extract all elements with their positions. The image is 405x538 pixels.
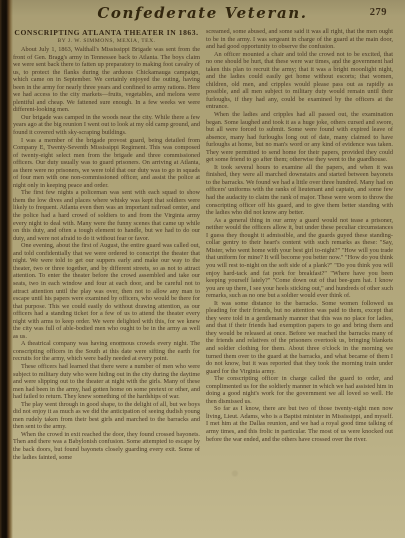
page-number: 279 bbox=[370, 7, 387, 18]
article-paragraph: A theatrical company was having enormous… bbox=[13, 340, 200, 363]
article-paragraph-continuation: screamed, some abused, and some said it … bbox=[206, 28, 393, 51]
article-paragraph: These officers had learned that there we… bbox=[13, 363, 200, 401]
article-paragraph: It took several hours to examine all the… bbox=[206, 164, 393, 217]
magazine-page: Confederate Veteran. 279 CONSCRIPTING AT… bbox=[0, 0, 405, 538]
magazine-masthead: Confederate Veteran. bbox=[0, 4, 405, 22]
article-paragraph: The first few nights a policeman was sen… bbox=[13, 189, 200, 242]
article-paragraph: One evening, about the first of August, … bbox=[13, 242, 200, 340]
right-column: screamed, some abused, and some said it … bbox=[206, 28, 393, 443]
article-paragraph: As a general thing in our army a guard w… bbox=[206, 217, 393, 300]
article-paragraph: When the crowd in exit reached the door,… bbox=[13, 431, 200, 461]
article-paragraph: About July 1, 1863, Walthall's Mississip… bbox=[13, 46, 200, 114]
article-paragraph: An officer mounted a chair and told the … bbox=[206, 51, 393, 111]
article-title: CONSCRIPTING ATLANTA THEATER IN 1863. bbox=[13, 28, 200, 37]
article-paragraph: The play went through in good shape, to … bbox=[13, 401, 200, 431]
article-byline: BY J. W. SIMMONS, MEXIA, TEX. bbox=[13, 38, 200, 44]
article-paragraph: So far as I know, there are but two of t… bbox=[206, 405, 393, 443]
article-paragraph: It was some distance to the barracks. So… bbox=[206, 300, 393, 375]
left-column: CONSCRIPTING ATLANTA THEATER IN 1863. BY… bbox=[13, 28, 200, 461]
article-paragraph: When the ladies and cripples had all pas… bbox=[206, 111, 393, 164]
article-paragraph: I was a member of the brigade provost gu… bbox=[13, 137, 200, 190]
article-paragraph: Our brigade was camped in the woods near… bbox=[13, 114, 200, 137]
article-paragraph: The conscripting officer in charge calle… bbox=[206, 375, 393, 405]
book-binding-edge bbox=[0, 0, 13, 538]
